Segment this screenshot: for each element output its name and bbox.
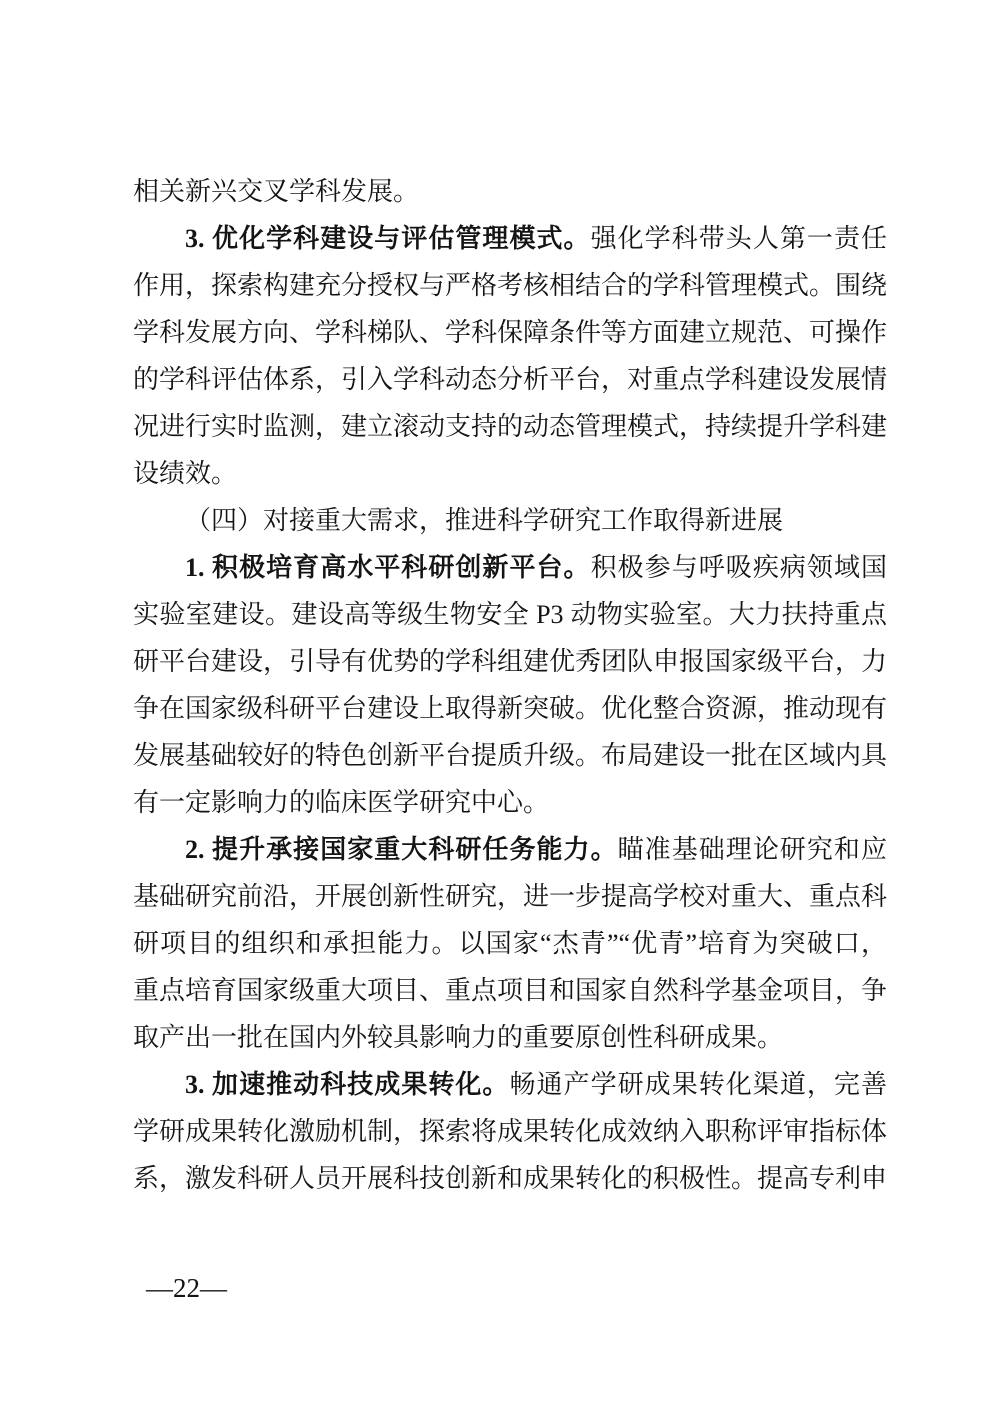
text-line: 有一定影响力的临床医学研究中心。 [133,779,887,826]
heading-text: 1. 积极培育高水平科研创新平台。 [185,553,591,582]
body-text: 争在国家级科研平台建设上取得新突破。优化整合资源，推动现有 [133,694,887,723]
text-line: 设绩效。 [133,450,887,497]
body-text: 实验室建设。建设高等级生物安全 P3 动物实验室。大力扶持重点科 [133,600,887,638]
body-text: 有一定影响力的临床医学研究中心。 [133,788,549,817]
text-line: 基础研究前沿，开展创新性研究，进一步提高学校对重大、重点科 [133,873,887,920]
body-text: 相关新兴交叉学科发展。 [133,177,419,206]
body-text: 况进行实时监测，建立滚动支持的动态管理模式，持续提升学科建 [133,412,887,441]
text-line: 实验室建设。建设高等级生物安全 P3 动物实验室。大力扶持重点科 [133,591,887,638]
text-line: 系，激发科研人员开展科技创新和成果转化的积极性。提高专利申 [133,1155,887,1202]
text-line: 取产出一批在国内外较具影响力的重要原创性科研成果。 [133,1014,887,1061]
document-body: 相关新兴交叉学科发展。3. 优化学科建设与评估管理模式。强化学科带头人第一责任人… [133,168,887,1202]
text-line: （四）对接重大需求，推进科学研究工作取得新进展 [133,497,887,544]
page-number: —22— [146,1272,227,1304]
text-line: 2. 提升承接国家重大科研任务能力。瞄准基础理论研究和应用 [133,826,887,873]
text-line: 发展基础较好的特色创新平台提质升级。布局建设一批在区域内具 [133,732,887,779]
text-line: 学科发展方向、学科梯队、学科保障条件等方面建立规范、可操作 [133,309,887,356]
body-text: 研平台建设，引导有优势的学科组建优秀团队申报国家级平台，力 [133,647,887,676]
body-text: 系，激发科研人员开展科技创新和成果转化的积极性。提高专利申 [133,1164,887,1193]
text-line: 争在国家级科研平台建设上取得新突破。优化整合资源，推动现有 [133,685,887,732]
body-text: 基础研究前沿，开展创新性研究，进一步提高学校对重大、重点科 [133,882,887,911]
text-line: 3. 加速推动科技成果转化。畅通产学研成果转化渠道，完善产 [133,1061,887,1108]
text-line: 重点培育国家级重大项目、重点项目和国家自然科学基金项目，争 [133,967,887,1014]
body-text: 的学科评估体系，引入学科动态分析平台，对重点学科建设发展情 [133,365,887,394]
body-text: 取产出一批在国内外较具影响力的重要原创性科研成果。 [133,1023,783,1052]
document-page: 相关新兴交叉学科发展。3. 优化学科建设与评估管理模式。强化学科带头人第一责任人… [0,0,991,1403]
text-line: 3. 优化学科建设与评估管理模式。强化学科带头人第一责任人 [133,215,887,262]
body-text: 设绩效。 [133,459,237,488]
text-line: 况进行实时监测，建立滚动支持的动态管理模式，持续提升学科建 [133,403,887,450]
body-text: 发展基础较好的特色创新平台提质升级。布局建设一批在区域内具 [133,741,887,770]
body-text: 学科发展方向、学科梯队、学科保障条件等方面建立规范、可操作 [133,318,887,347]
section-heading-text: （四）对接重大需求，推进科学研究工作取得新进展 [185,506,783,535]
heading-text: 3. 优化学科建设与评估管理模式。 [185,224,591,253]
text-line: 相关新兴交叉学科发展。 [133,168,887,215]
heading-text: 3. 加速推动科技成果转化。 [185,1070,509,1099]
body-text: 学研成果转化激励机制，探索将成果转化成效纳入职称评审指标体 [133,1117,887,1146]
heading-text: 2. 提升承接国家重大科研任务能力。 [185,835,618,864]
text-line: 学研成果转化激励机制，探索将成果转化成效纳入职称评审指标体 [133,1108,887,1155]
body-text: 重点培育国家级重大项目、重点项目和国家自然科学基金项目，争 [133,976,887,1005]
text-line: 作用，探索构建充分授权与严格考核相结合的学科管理模式。围绕 [133,262,887,309]
text-line: 研平台建设，引导有优势的学科组建优秀团队申报国家级平台，力 [133,638,887,685]
body-text: 作用，探索构建充分授权与严格考核相结合的学科管理模式。围绕 [133,271,887,300]
text-line: 研项目的组织和承担能力。以国家“杰青”“优青”培育为突破口， [133,920,887,967]
text-line: 的学科评估体系，引入学科动态分析平台，对重点学科建设发展情 [133,356,887,403]
body-text: 研项目的组织和承担能力。以国家“杰青”“优青”培育为突破口， [133,929,887,958]
text-line: 1. 积极培育高水平科研创新平台。积极参与呼吸疾病领域国家 [133,544,887,591]
